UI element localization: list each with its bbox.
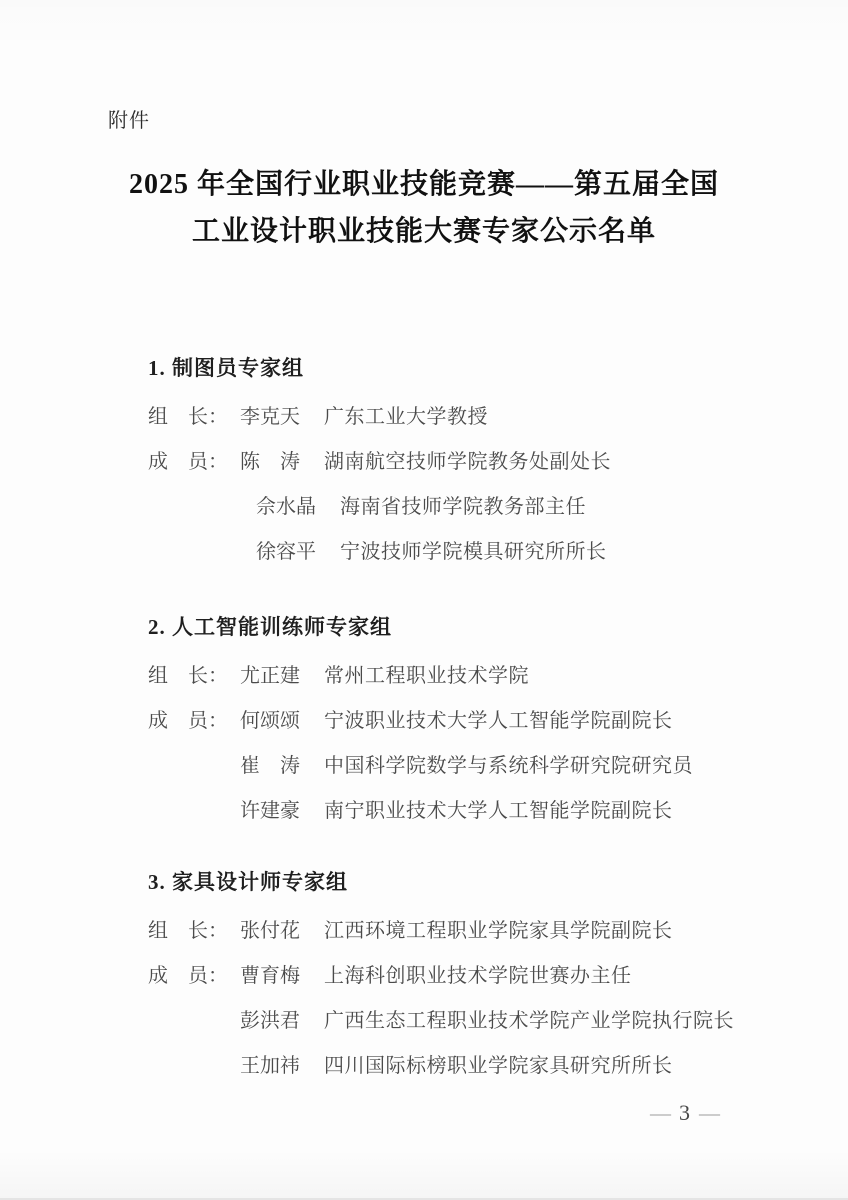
expert-title: 宁波技师学院模具研究所所长: [340, 535, 848, 564]
group-heading: 3. 家具设计师专家组: [148, 866, 848, 896]
expert-name: 王加祎: [240, 1049, 324, 1078]
document-page: 附件 2025 年全国行业职业技能竞赛——第五届全国 工业设计职业技能大赛专家公…: [0, 0, 848, 1200]
attachment-label: 附件: [108, 104, 150, 133]
group-heading: 2. 人工智能训练师专家组: [148, 611, 848, 641]
document-title-line-2: 工业设计职业技能大赛专家公示名单: [0, 208, 848, 255]
expert-title: 湖南航空技师学院教务处副处长: [324, 445, 848, 474]
expert-name: 崔 涛: [240, 749, 324, 778]
expert-row: 彭洪君 广西生态工程职业技术学院产业学院执行院长: [0, 996, 848, 1041]
expert-row: 组 长： 张付花 江西环境工程职业学院家具学院副院长: [0, 906, 848, 951]
expert-name: 许建豪: [240, 794, 324, 823]
group-rows: 组 长： 张付花 江西环境工程职业学院家具学院副院长 成 员： 曹育梅 上海科创…: [0, 906, 848, 1086]
expert-row: 王加祎 四川国际标榜职业学院家具研究所所长: [0, 1041, 848, 1086]
expert-group-drafters: 1. 制图员专家组 组 长： 李克天 广东工业大学教授 成 员： 陈 涛 湖南航…: [0, 352, 848, 572]
expert-title: 中国科学院数学与系统科学研究院研究员: [324, 749, 848, 778]
page-footer: — 3 —: [650, 1100, 719, 1126]
expert-title: 广东工业大学教授: [324, 400, 848, 429]
expert-row: 成 员： 曹育梅 上海科创职业技术学院世赛办主任: [0, 951, 848, 996]
expert-row: 徐容平 宁波技师学院模具研究所所长: [0, 527, 848, 572]
document-title: 2025 年全国行业职业技能竞赛——第五届全国 工业设计职业技能大赛专家公示名单: [0, 161, 848, 255]
expert-name: 尤正建: [240, 659, 324, 688]
expert-title: 常州工程职业技术学院: [324, 659, 848, 688]
expert-title: 宁波职业技术大学人工智能学院副院长: [324, 704, 848, 733]
group-rows: 组 长： 李克天 广东工业大学教授 成 员： 陈 涛 湖南航空技师学院教务处副处…: [0, 392, 848, 572]
expert-name: 张付花: [240, 914, 324, 943]
document-title-line-1: 2025 年全国行业职业技能竞赛——第五届全国: [0, 161, 848, 208]
expert-group-furniture-designers: 3. 家具设计师专家组 组 长： 张付花 江西环境工程职业学院家具学院副院长 成…: [0, 866, 848, 1086]
expert-row: 崔 涛 中国科学院数学与系统科学研究院研究员: [0, 741, 848, 786]
role-label: 成 员：: [148, 704, 240, 733]
page-number: 3: [679, 1100, 690, 1126]
expert-row: 佘水晶 海南省技师学院教务部主任: [0, 482, 848, 527]
footer-dash-right: —: [699, 1101, 719, 1126]
expert-title: 四川国际标榜职业学院家具研究所所长: [324, 1049, 848, 1078]
role-label: 组 长：: [148, 914, 240, 943]
expert-row: 成 员： 何颂颂 宁波职业技术大学人工智能学院副院长: [0, 696, 848, 741]
footer-dash-left: —: [650, 1101, 670, 1126]
expert-name: 曹育梅: [240, 959, 324, 988]
role-label: 组 长：: [148, 400, 240, 429]
expert-title: 南宁职业技术大学人工智能学院副院长: [324, 794, 848, 823]
expert-title: 广西生态工程职业技术学院产业学院执行院长: [324, 1004, 848, 1033]
expert-title: 海南省技师学院教务部主任: [340, 490, 848, 519]
expert-name: 李克天: [240, 400, 324, 429]
group-rows: 组 长： 尤正建 常州工程职业技术学院 成 员： 何颂颂 宁波职业技术大学人工智…: [0, 651, 848, 831]
expert-row: 组 长： 尤正建 常州工程职业技术学院: [0, 651, 848, 696]
role-label: 组 长：: [148, 659, 240, 688]
expert-title: 江西环境工程职业学院家具学院副院长: [324, 914, 848, 943]
role-label: 成 员：: [148, 445, 240, 474]
expert-group-ai-trainers: 2. 人工智能训练师专家组 组 长： 尤正建 常州工程职业技术学院 成 员： 何…: [0, 611, 848, 831]
expert-row: 成 员： 陈 涛 湖南航空技师学院教务处副处长: [0, 437, 848, 482]
expert-row: 组 长： 李克天 广东工业大学教授: [0, 392, 848, 437]
expert-title: 上海科创职业技术学院世赛办主任: [324, 959, 848, 988]
group-heading: 1. 制图员专家组: [148, 352, 848, 382]
expert-name: 何颂颂: [240, 704, 324, 733]
role-label: 成 员：: [148, 959, 240, 988]
expert-name: 陈 涛: [240, 445, 324, 474]
expert-name: 彭洪君: [240, 1004, 324, 1033]
expert-row: 许建豪 南宁职业技术大学人工智能学院副院长: [0, 786, 848, 831]
expert-name: 徐容平: [256, 535, 340, 564]
expert-name: 佘水晶: [256, 490, 340, 519]
